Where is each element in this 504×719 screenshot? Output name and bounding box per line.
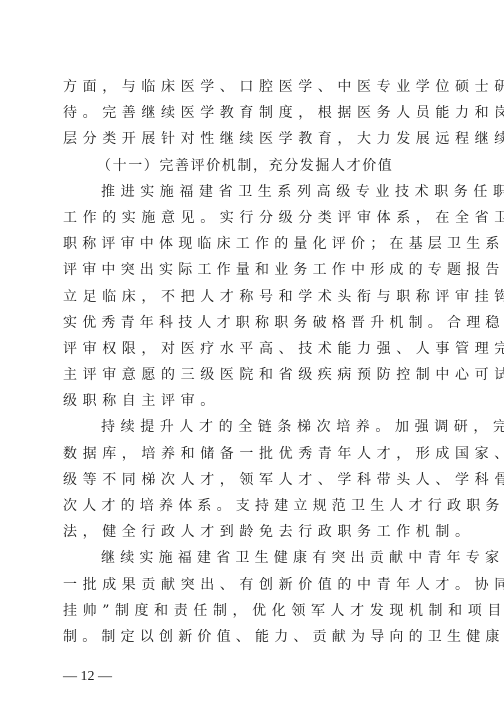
paragraph-first-line: 推进实施福建省卫生系列高级专业技术职务任职资格评审 [63, 179, 459, 205]
section-heading: （十一）完善评价机制，充分发掘人才价值 [63, 153, 459, 179]
text-line: 方面，与临床医学、口腔医学、中医专业学位硕士研究生同等对 [63, 74, 459, 100]
text-line: 评审权限，对医疗水平高、技术能力强、人事管理完善、具有自 [63, 336, 459, 362]
body-text: 方面，与临床医学、口腔医学、中医专业学位硕士研究生同等对 待。完善继续医学教育制… [63, 74, 459, 650]
paragraph-first-line: 继续实施福建省卫生健康有突出贡献中青年专家，选拔激励 [63, 545, 459, 571]
text-line: 立足临床，不把人才称号和学术头衔与职称评审挂钩。完善并落 [63, 284, 459, 310]
text-line: 评审中突出实际工作量和业务工作中形成的专题报告，引导医生 [63, 257, 459, 283]
text-line: 级等不同梯次人才，领军人才、学科带头人、学科骨干等不同层 [63, 467, 459, 493]
text-line: 主评审意愿的三级医院和省级疾病预防控制中心可试点开展高 [63, 362, 459, 388]
text-line: 挂帅”制度和责任制，优化领军人才发现机制和项目团队遴选机 [63, 598, 459, 624]
text-line: 数据库，培养和储备一批优秀青年人才，形成国家、省、市、县 [63, 441, 459, 467]
text-line: 工作的实施意见。实行分级分类评审体系，在全省卫生系列高级 [63, 205, 459, 231]
paragraph-first-line: 持续提升人才的全链条梯次培养。加强调研，完善卫生人才 [63, 414, 459, 440]
text-line: 一批成果贡献突出、有创新价值的中青年人才。协同推进“揭榜 [63, 572, 459, 598]
text-line: 层分类开展针对性继续医学教育，大力发展远程继续医学教育。 [63, 126, 459, 152]
text-line: 待。完善继续医学教育制度，根据医务人员能力和岗位需求，分 [63, 100, 459, 126]
text-line: 法，健全行政人才到龄免去行政职务工作机制。 [63, 519, 459, 545]
page-number: — 12 — [63, 668, 112, 686]
text-line: 级职称自主评审。 [63, 388, 459, 414]
text-line: 实优秀青年科技人才职称职务破格晋升机制。合理稳慎下放职称 [63, 310, 459, 336]
text-line: 职称评审中体现临床工作的量化评价；在基层卫生系列高级职称 [63, 231, 459, 257]
text-line: 制。制定以创新价值、能力、贡献为导向的卫生健康高层次人才 [63, 624, 459, 650]
text-line: 次人才的培养体系。支持建立规范卫生人才行政职务任职管理办 [63, 493, 459, 519]
document-page: 方面，与临床医学、口腔医学、中医专业学位硕士研究生同等对 待。完善继续医学教育制… [0, 0, 504, 719]
